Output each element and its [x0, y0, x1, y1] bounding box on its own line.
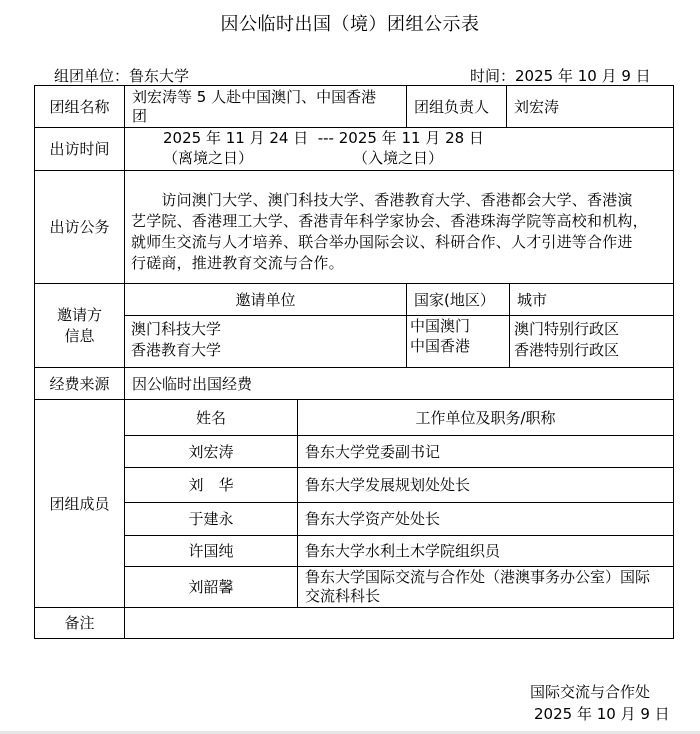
member-name: 刘 华 — [125, 468, 297, 502]
inviter-cities: 澳门特别行政区 香港特别行政区 — [514, 319, 619, 361]
member-name: 刘韶馨 — [125, 567, 297, 607]
member-position-line1: 鲁东大学国际交流与合作处（港澳事务办公室）国际 — [305, 568, 650, 587]
visit-dates: 2025 年 11 月 24 日 --- 2025 年 11 月 28 日 — [163, 129, 484, 148]
depart-note: （离境之日） — [163, 149, 253, 168]
footer-department: 国际交流与合作处 — [530, 681, 650, 702]
inviter-city-header: 城市 — [510, 284, 673, 315]
visit-time-label: 出访时间 — [35, 128, 124, 170]
visit-affairs-label: 出访公务 — [35, 171, 124, 283]
inviter-units: 澳门科技大学 香港教育大学 — [131, 319, 221, 361]
affairs-line: 行磋商，推进教育交流与合作。 — [131, 253, 671, 274]
inviter-label-line1: 邀请方 — [57, 305, 102, 326]
inviter-countries: 中国澳门 中国香港 — [410, 316, 470, 356]
organizing-unit: 组团单位：鲁东大学 — [54, 65, 189, 86]
leader-label: 团组负责人 — [407, 86, 506, 127]
inviter-unit-header: 邀请单位 — [125, 284, 406, 315]
member-name: 许国纯 — [125, 536, 297, 566]
remarks-label: 备注 — [35, 608, 124, 638]
inviter-label-line2: 信息 — [64, 326, 94, 347]
leader-value: 刘宏涛 — [507, 86, 673, 127]
inviter-country: 中国澳门 — [410, 316, 470, 336]
inviter-city: 澳门特别行政区 — [514, 319, 619, 340]
inviter-unit: 香港教育大学 — [131, 340, 221, 361]
member-position: 鲁东大学党委副书记 — [298, 436, 673, 467]
group-name-line2: 团 — [132, 107, 147, 126]
member-position-line2: 交流科科长 — [305, 587, 380, 606]
group-name-line1: 刘宏涛等 5 人赴中国澳门、中国香港 — [132, 88, 376, 107]
affairs-line: 就师生交流与人才培养、联合举办国际会议、科研合作、人才引进等合作进 — [131, 232, 671, 253]
inviter-city: 香港特别行政区 — [514, 340, 619, 361]
page-title: 因公临时出国（境）团组公示表 — [0, 10, 700, 36]
funding-label: 经费来源 — [35, 368, 124, 399]
group-name-value: 刘宏涛等 5 人赴中国澳门、中国香港 团 — [125, 86, 406, 127]
footer-date: 2025 年 10 月 9 日 — [534, 703, 670, 724]
visit-affairs-text: 访问澳门大学、澳门科技大学、香港教育大学、香港都会大学、香港演 艺学院、香港理工… — [131, 190, 671, 274]
remarks-value — [125, 608, 673, 638]
affairs-line: 访问澳门大学、澳门科技大学、香港教育大学、香港都会大学、香港演 — [131, 190, 671, 211]
inviter-unit: 澳门科技大学 — [131, 319, 221, 340]
affairs-line: 艺学院、香港理工大学、香港青年科学家协会、香港珠海学院等高校和机构， — [131, 211, 671, 232]
member-position: 鲁东大学国际交流与合作处（港澳事务办公室）国际 交流科科长 — [298, 567, 673, 607]
members-label: 团组成员 — [35, 400, 124, 607]
inviter-country-header: 国家(地区） — [407, 284, 509, 315]
member-name: 刘宏涛 — [125, 436, 297, 467]
return-note: （入境之日） — [353, 149, 443, 168]
inviter-country: 中国香港 — [410, 336, 470, 356]
member-position: 鲁东大学资产处处长 — [298, 503, 673, 535]
member-position: 鲁东大学水利土木学院组织员 — [298, 536, 673, 566]
inviter-label: 邀请方 信息 — [35, 284, 124, 367]
members-position-header: 工作单位及职务/职称 — [298, 400, 673, 435]
member-position: 鲁东大学发展规划处处长 — [298, 468, 673, 502]
publish-date: 时间：2025 年 10 月 9 日 — [470, 65, 651, 86]
funding-value: 因公临时出国经费 — [125, 368, 673, 399]
group-name-label: 团组名称 — [35, 86, 124, 127]
members-name-header: 姓名 — [125, 400, 297, 435]
member-name: 于建永 — [125, 503, 297, 535]
